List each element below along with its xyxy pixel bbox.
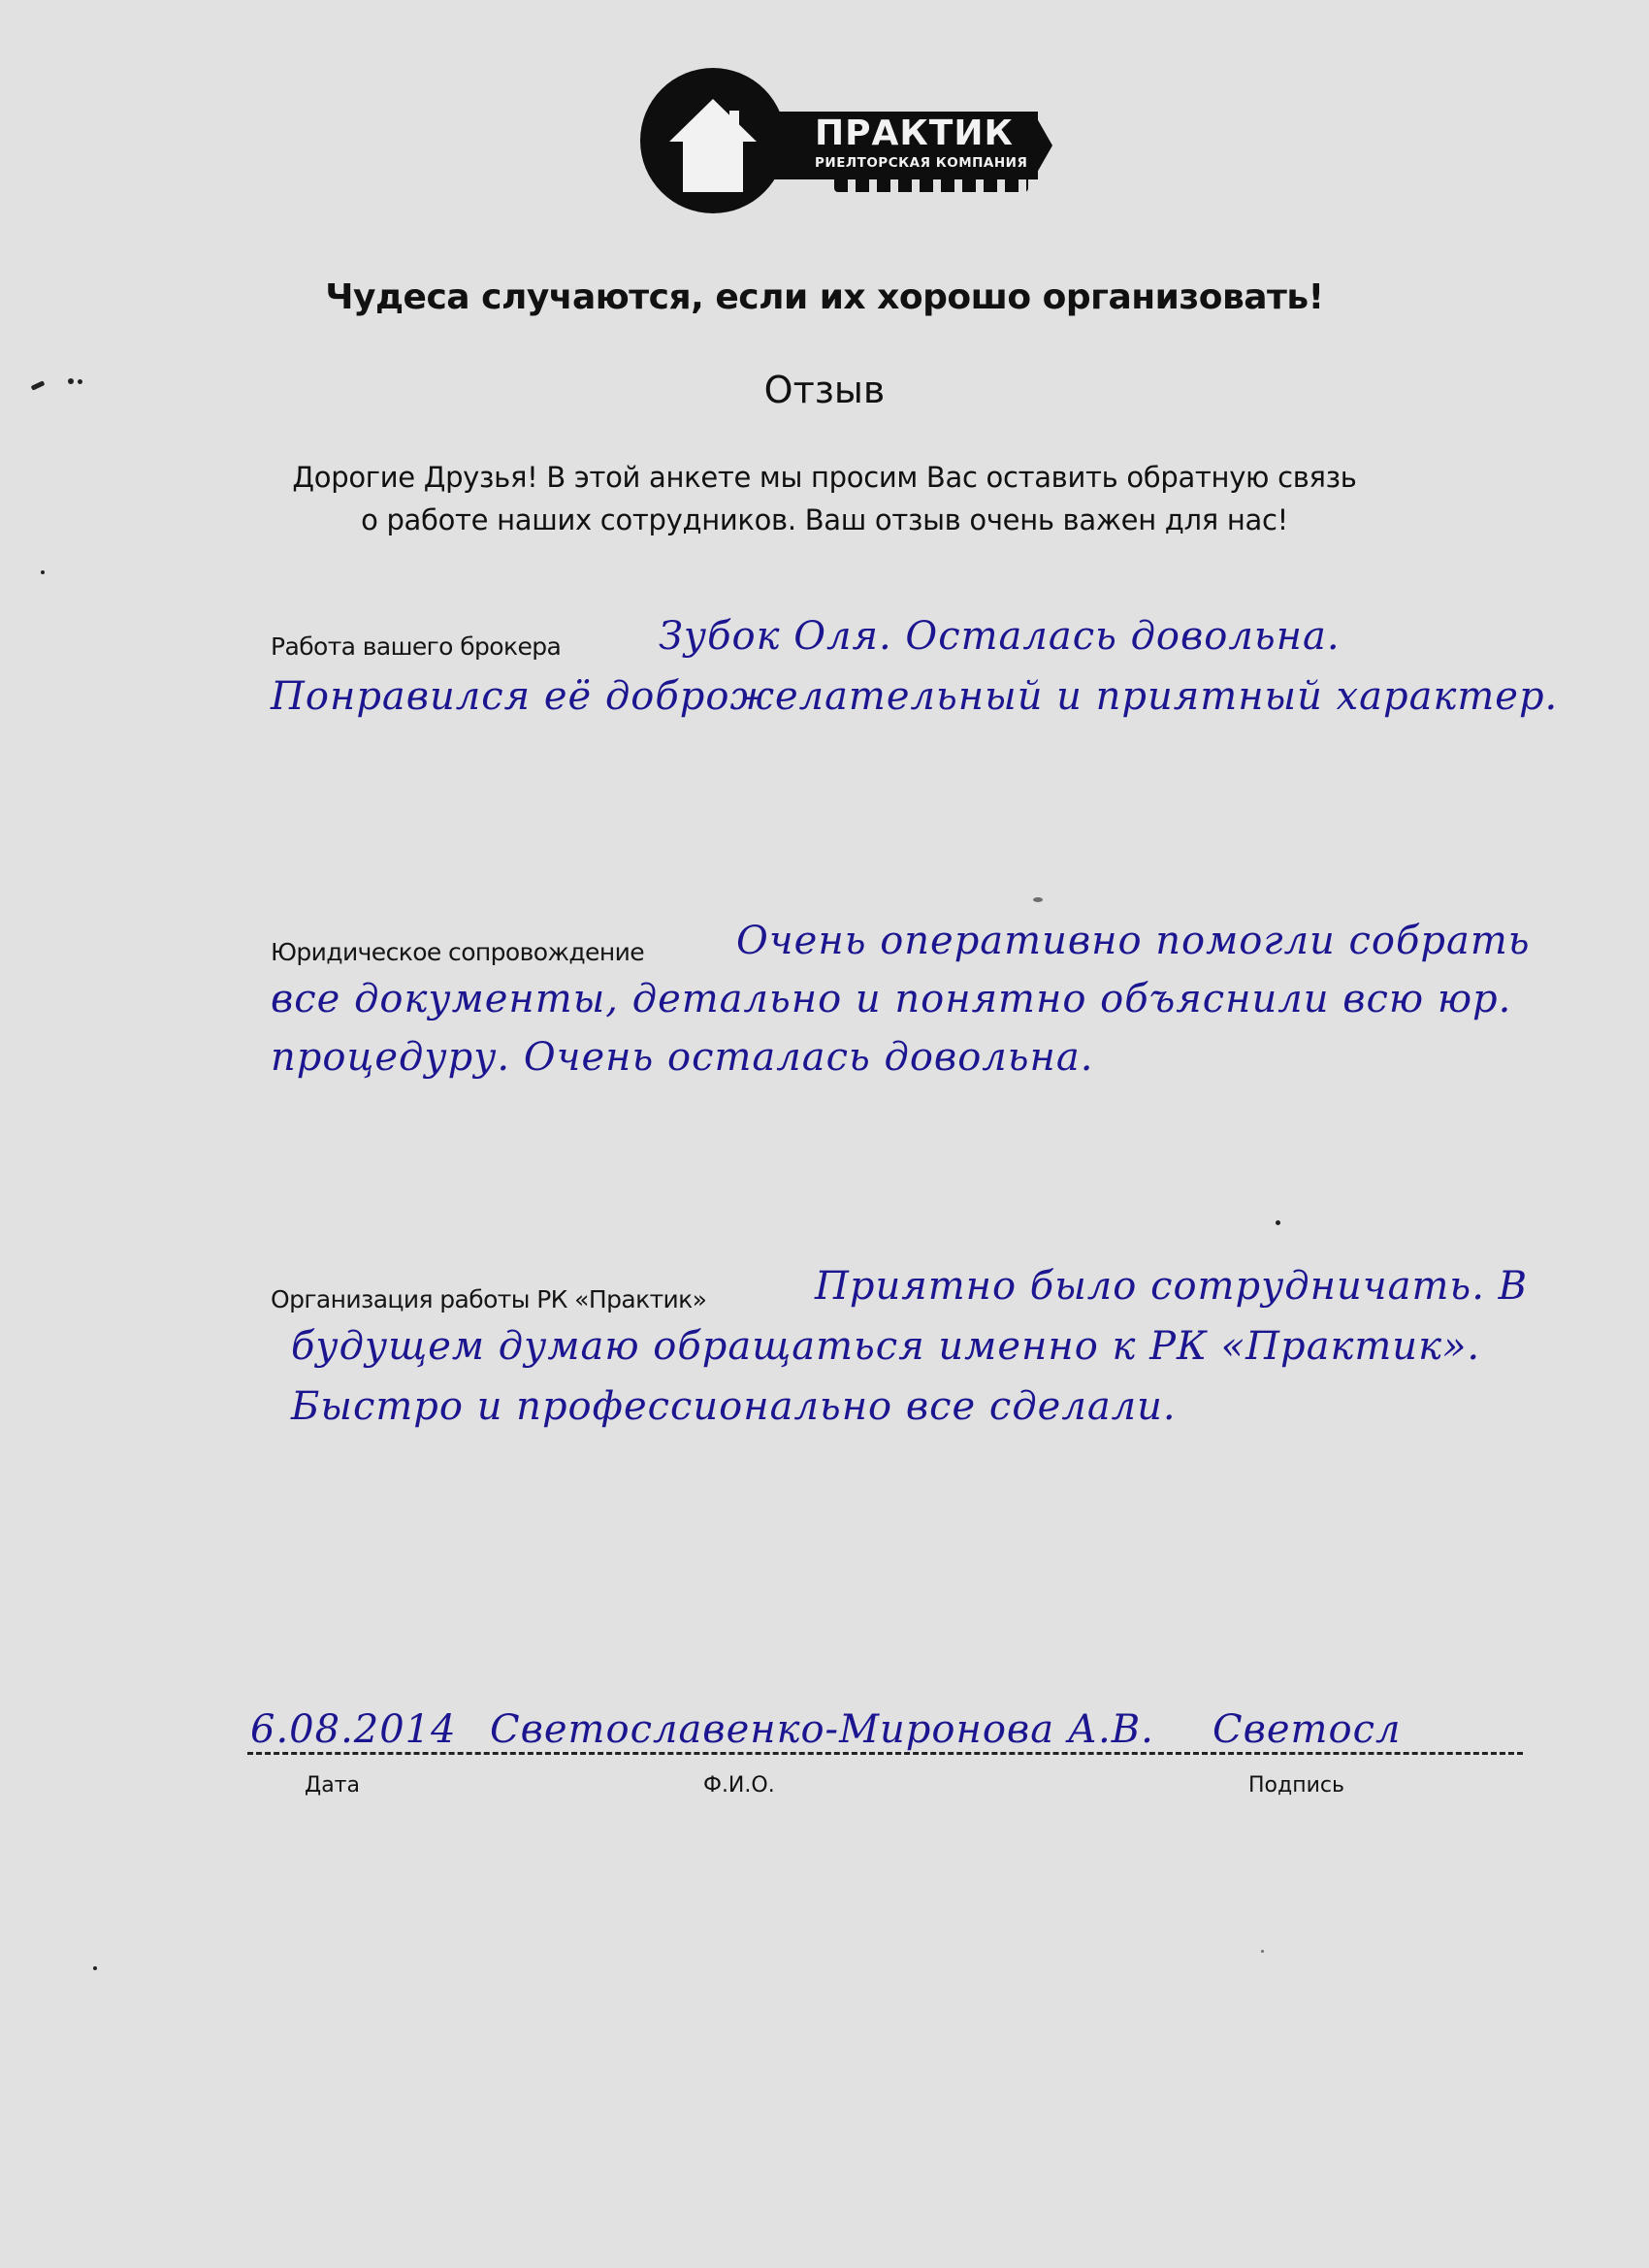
full-name-label: Ф.И.О.	[703, 1773, 775, 1798]
page-title: Отзыв	[0, 369, 1649, 411]
organization-answer: Приятно было сотрудничать. В будущем дум…	[291, 1256, 1591, 1437]
date-label: Дата	[305, 1773, 360, 1798]
legal-support-label: Юридическое сопровождение	[271, 938, 652, 966]
scan-speck	[78, 379, 82, 384]
scan-speck	[1033, 897, 1043, 902]
scan-speck	[41, 570, 45, 574]
signature-label: Подпись	[1248, 1773, 1344, 1798]
logo-brand-name: ПРАКТИК	[815, 116, 1014, 151]
signature-value: Светосл	[1212, 1700, 1401, 1760]
scan-speck	[1276, 1220, 1280, 1225]
logo-subtitle: РИЕЛТОРСКАЯ КОМПАНИЯ	[815, 155, 1027, 171]
intro-line-1: Дорогие Друзья! В этой анкете мы просим …	[0, 456, 1649, 499]
slogan: Чудеса случаются, если их хорошо организ…	[0, 277, 1649, 317]
date-value: 6.08.2014	[250, 1700, 457, 1760]
scan-speck	[1261, 1950, 1264, 1953]
broker-feedback-label: Работа вашего брокера	[271, 632, 568, 661]
intro-line-2: о работе наших сотрудников. Ваш отзыв оч…	[0, 499, 1649, 541]
scan-speck	[68, 378, 74, 384]
broker-feedback-answer: Зубок Оля. Осталась довольна. Понравился…	[271, 606, 1570, 727]
logo-key-tip	[1033, 112, 1052, 179]
organization-label: Организация работы РК «Практик»	[271, 1285, 714, 1313]
house-icon	[667, 97, 759, 194]
company-logo: ПРАКТИК РИЕЛТОРСКАЯ КОМПАНИЯ	[640, 68, 1067, 213]
logo-key-teeth	[834, 173, 1028, 192]
scan-speck	[93, 1966, 97, 1970]
full-name-value: Светославенко-Миронова А.В.	[490, 1700, 1154, 1760]
intro-text: Дорогие Друзья! В этой анкете мы просим …	[0, 456, 1649, 541]
